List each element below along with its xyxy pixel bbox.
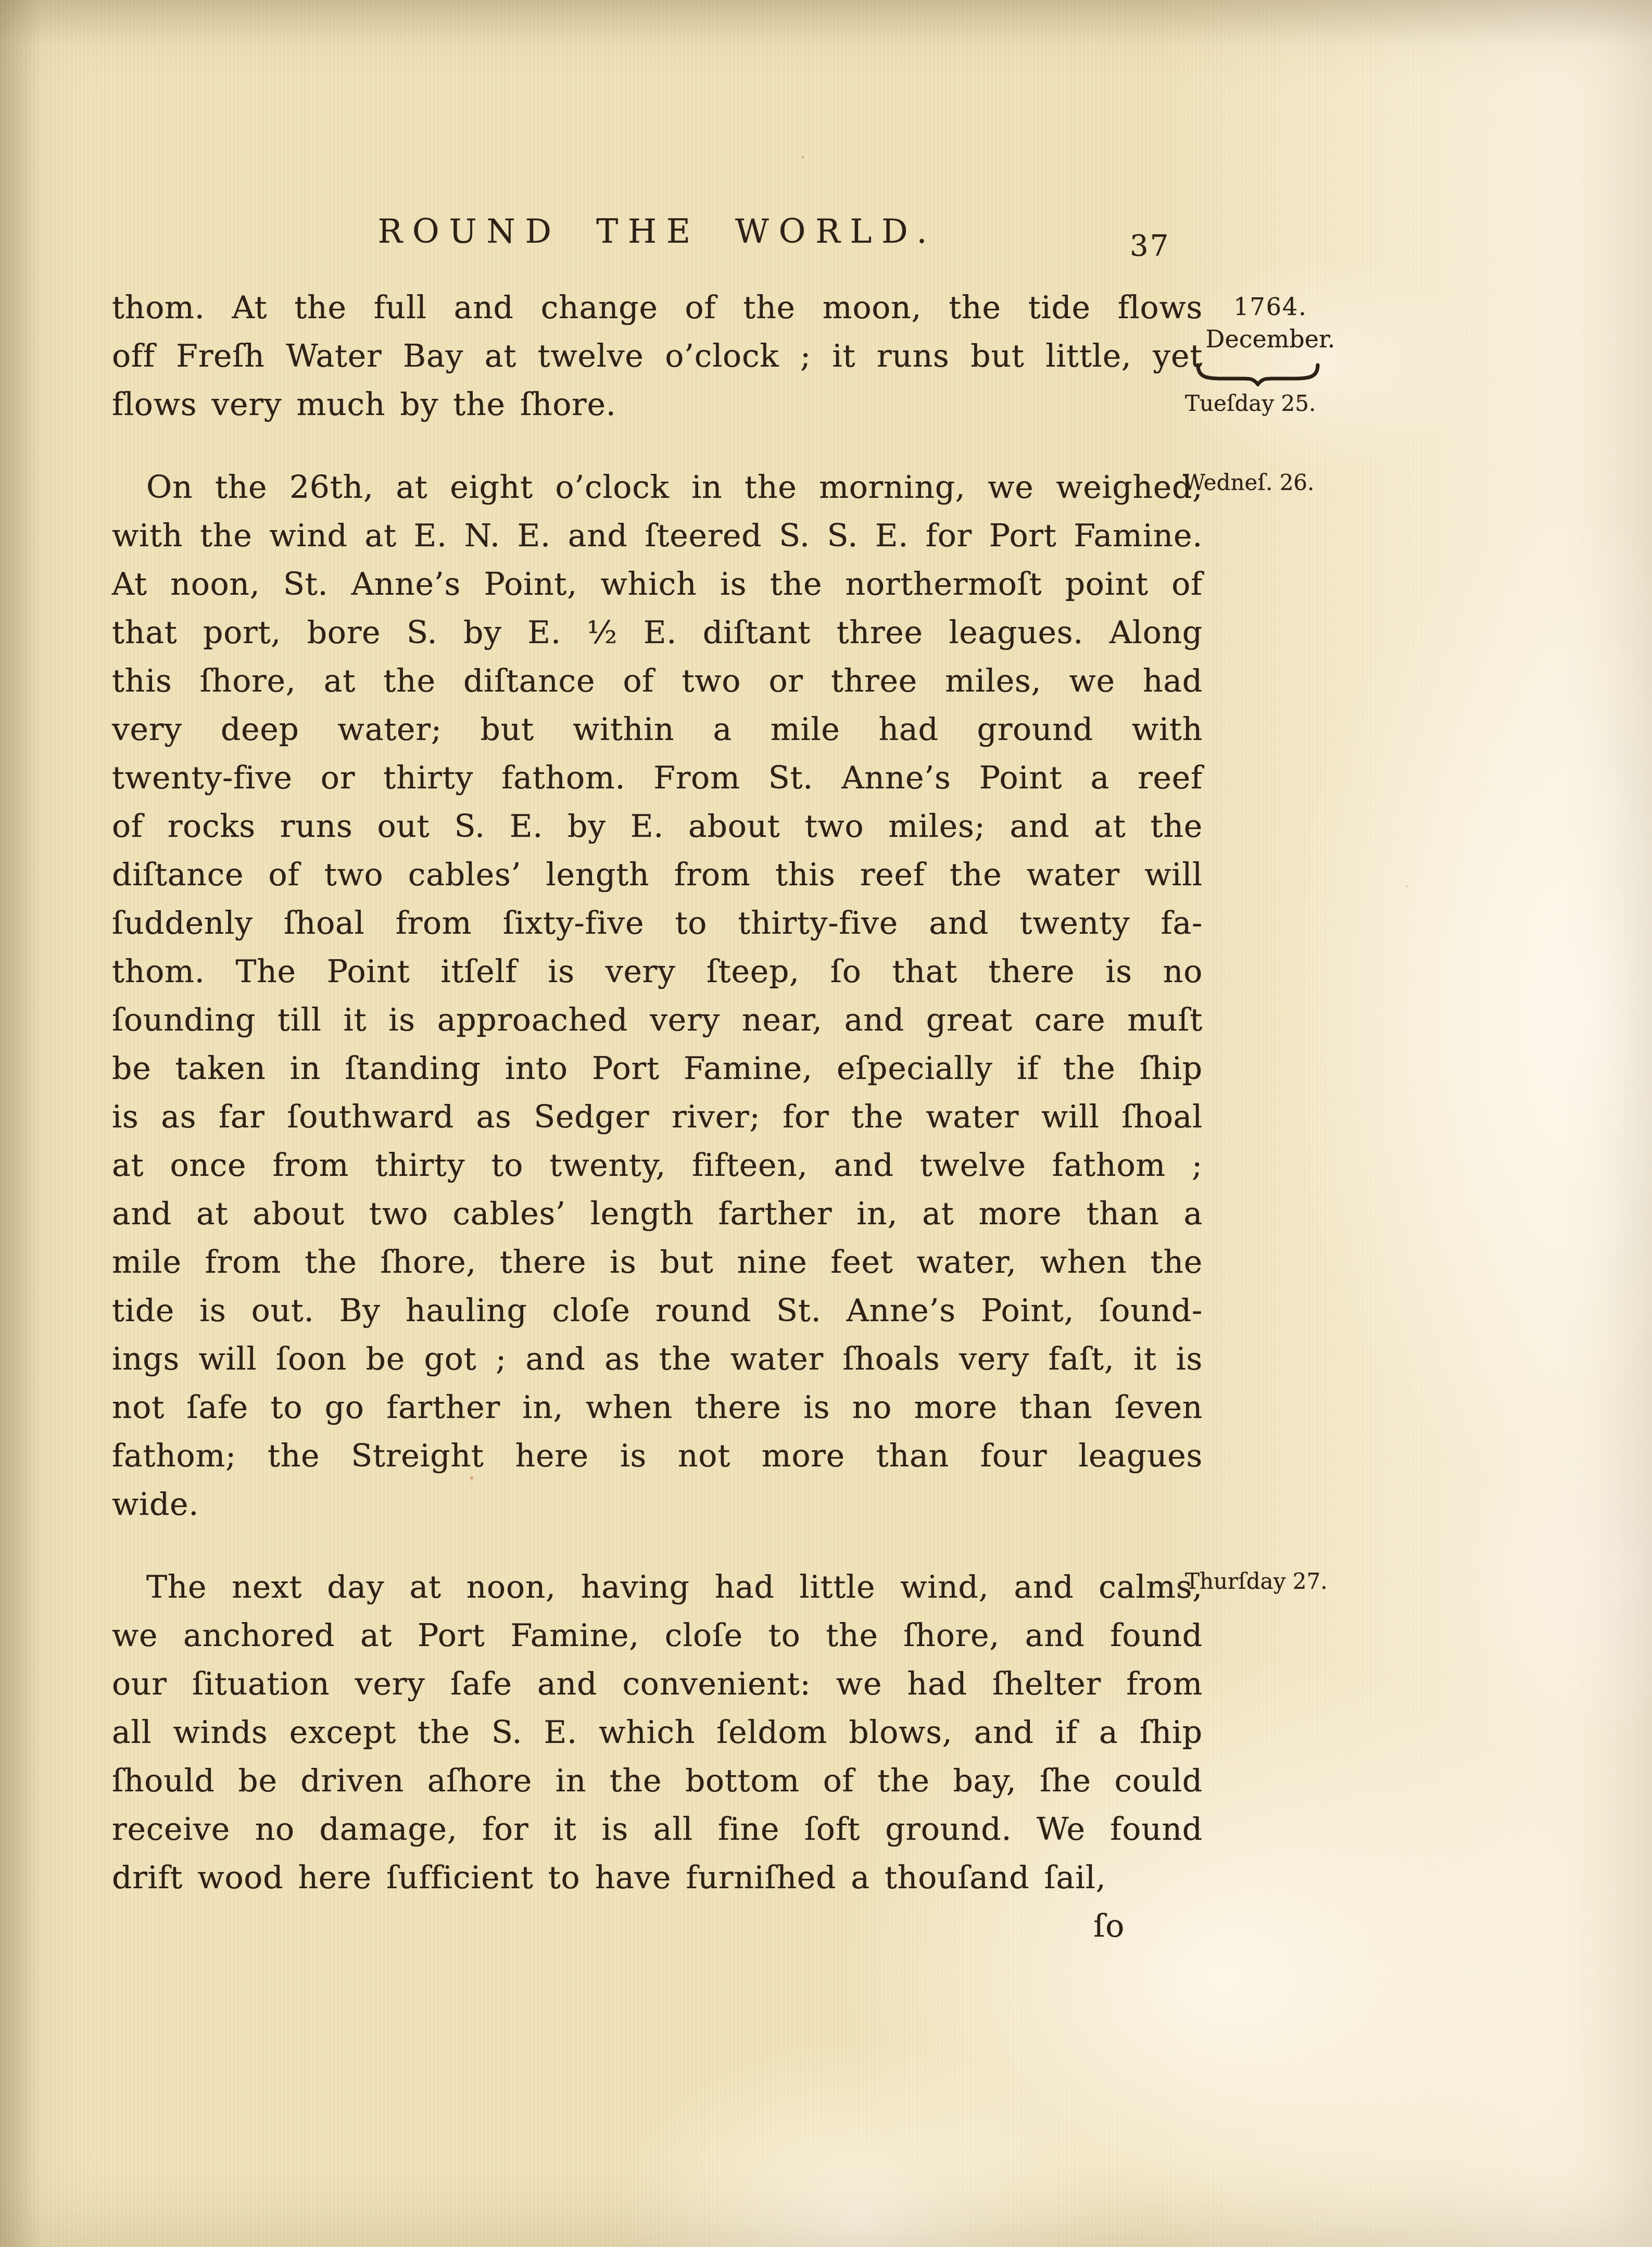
- text-line: tide is out. By hauling cloſe round St. …: [112, 1287, 1203, 1335]
- text-line: ſhould be driven aſhore in the bottom of…: [112, 1757, 1203, 1805]
- text-line: thom. At the full and change of the moon…: [112, 284, 1203, 332]
- margin-note-tuesday-25: Tueſday 25.: [1185, 391, 1316, 416]
- brace-under-month-icon: [1194, 361, 1321, 386]
- text-line: diſtance of two cables’ length from this…: [112, 851, 1203, 899]
- text-line: at once from thirty to twenty, fifteen, …: [112, 1141, 1203, 1190]
- text-line: ings will ſoon be got ; and as the water…: [112, 1335, 1203, 1384]
- catchword: ſo: [112, 1902, 1203, 1951]
- text-line: flows very much by the ſhore.: [112, 381, 1203, 429]
- text-line: ſuddenly ſhoal from ſixty-five to thirty…: [112, 899, 1203, 948]
- text-line: is as far ſouthward as Sedger river; for…: [112, 1093, 1203, 1141]
- body-text-column: thom. At the full and change of the moon…: [112, 284, 1203, 1951]
- text-line: not ſafe to go farther in, when there is…: [112, 1384, 1203, 1432]
- text-line: twenty-five or thirty fathom. From St. A…: [112, 754, 1203, 802]
- text-line: ſounding till it is approached very near…: [112, 996, 1203, 1045]
- text-line: very deep water; but within a mile had g…: [112, 706, 1203, 754]
- text-line: thom. The Point itſelf is very ſteep, ſo…: [112, 948, 1203, 996]
- paragraph-2: On the 26th, at eight o’clock in the mor…: [112, 463, 1203, 1529]
- book-page-scan: ROUND THE WORLD. 37 1764. December. Tueſ…: [0, 0, 1652, 2247]
- text-line: of rocks runs out S. E. by E. about two …: [112, 802, 1203, 851]
- text-line: with the wind at E. N. E. and ſteered S.…: [112, 512, 1203, 560]
- margin-note-thursday-27: Thurſday 27.: [1185, 1568, 1328, 1594]
- running-head-title: ROUND THE WORLD.: [112, 212, 1203, 250]
- text-line: fathom; the Streight here is not more th…: [112, 1432, 1203, 1480]
- text-line: all winds except the S. E. which ſeldom …: [112, 1709, 1203, 1757]
- text-line: off Freſh Water Bay at twelve o’clock ; …: [112, 332, 1203, 381]
- text-line: drift wood here ſufficient to have furni…: [112, 1854, 1203, 1902]
- text-line: this ſhore, at the diſtance of two or th…: [112, 657, 1203, 706]
- text-line: wide.: [112, 1480, 1203, 1529]
- text-line: The next day at noon, having had little …: [112, 1563, 1203, 1612]
- text-line: On the 26th, at eight o’clock in the mor…: [112, 463, 1203, 512]
- margin-note-month: December.: [1197, 325, 1343, 353]
- paragraph-1: thom. At the full and change of the moon…: [112, 284, 1203, 429]
- paragraph-3: The next day at noon, having had little …: [112, 1563, 1203, 1902]
- text-line: and at about two cables’ length farther …: [112, 1190, 1203, 1238]
- page-number: 37: [1130, 229, 1170, 263]
- text-line: we anchored at Port Famine, cloſe to the…: [112, 1612, 1203, 1660]
- text-line: our ſituation very ſafe and convenient: …: [112, 1660, 1203, 1709]
- text-line: that port, bore S. by E. ½ E. diſtant th…: [112, 609, 1203, 657]
- text-line: be taken in ſtanding into Port Famine, e…: [112, 1045, 1203, 1093]
- text-line: receive no damage, for it is all fine ſo…: [112, 1805, 1203, 1854]
- margin-note-year: 1764.: [1208, 293, 1333, 321]
- text-line: At noon, St. Anne’s Point, which is the …: [112, 560, 1203, 609]
- text-line: mile from the ſhore, there is but nine f…: [112, 1238, 1203, 1287]
